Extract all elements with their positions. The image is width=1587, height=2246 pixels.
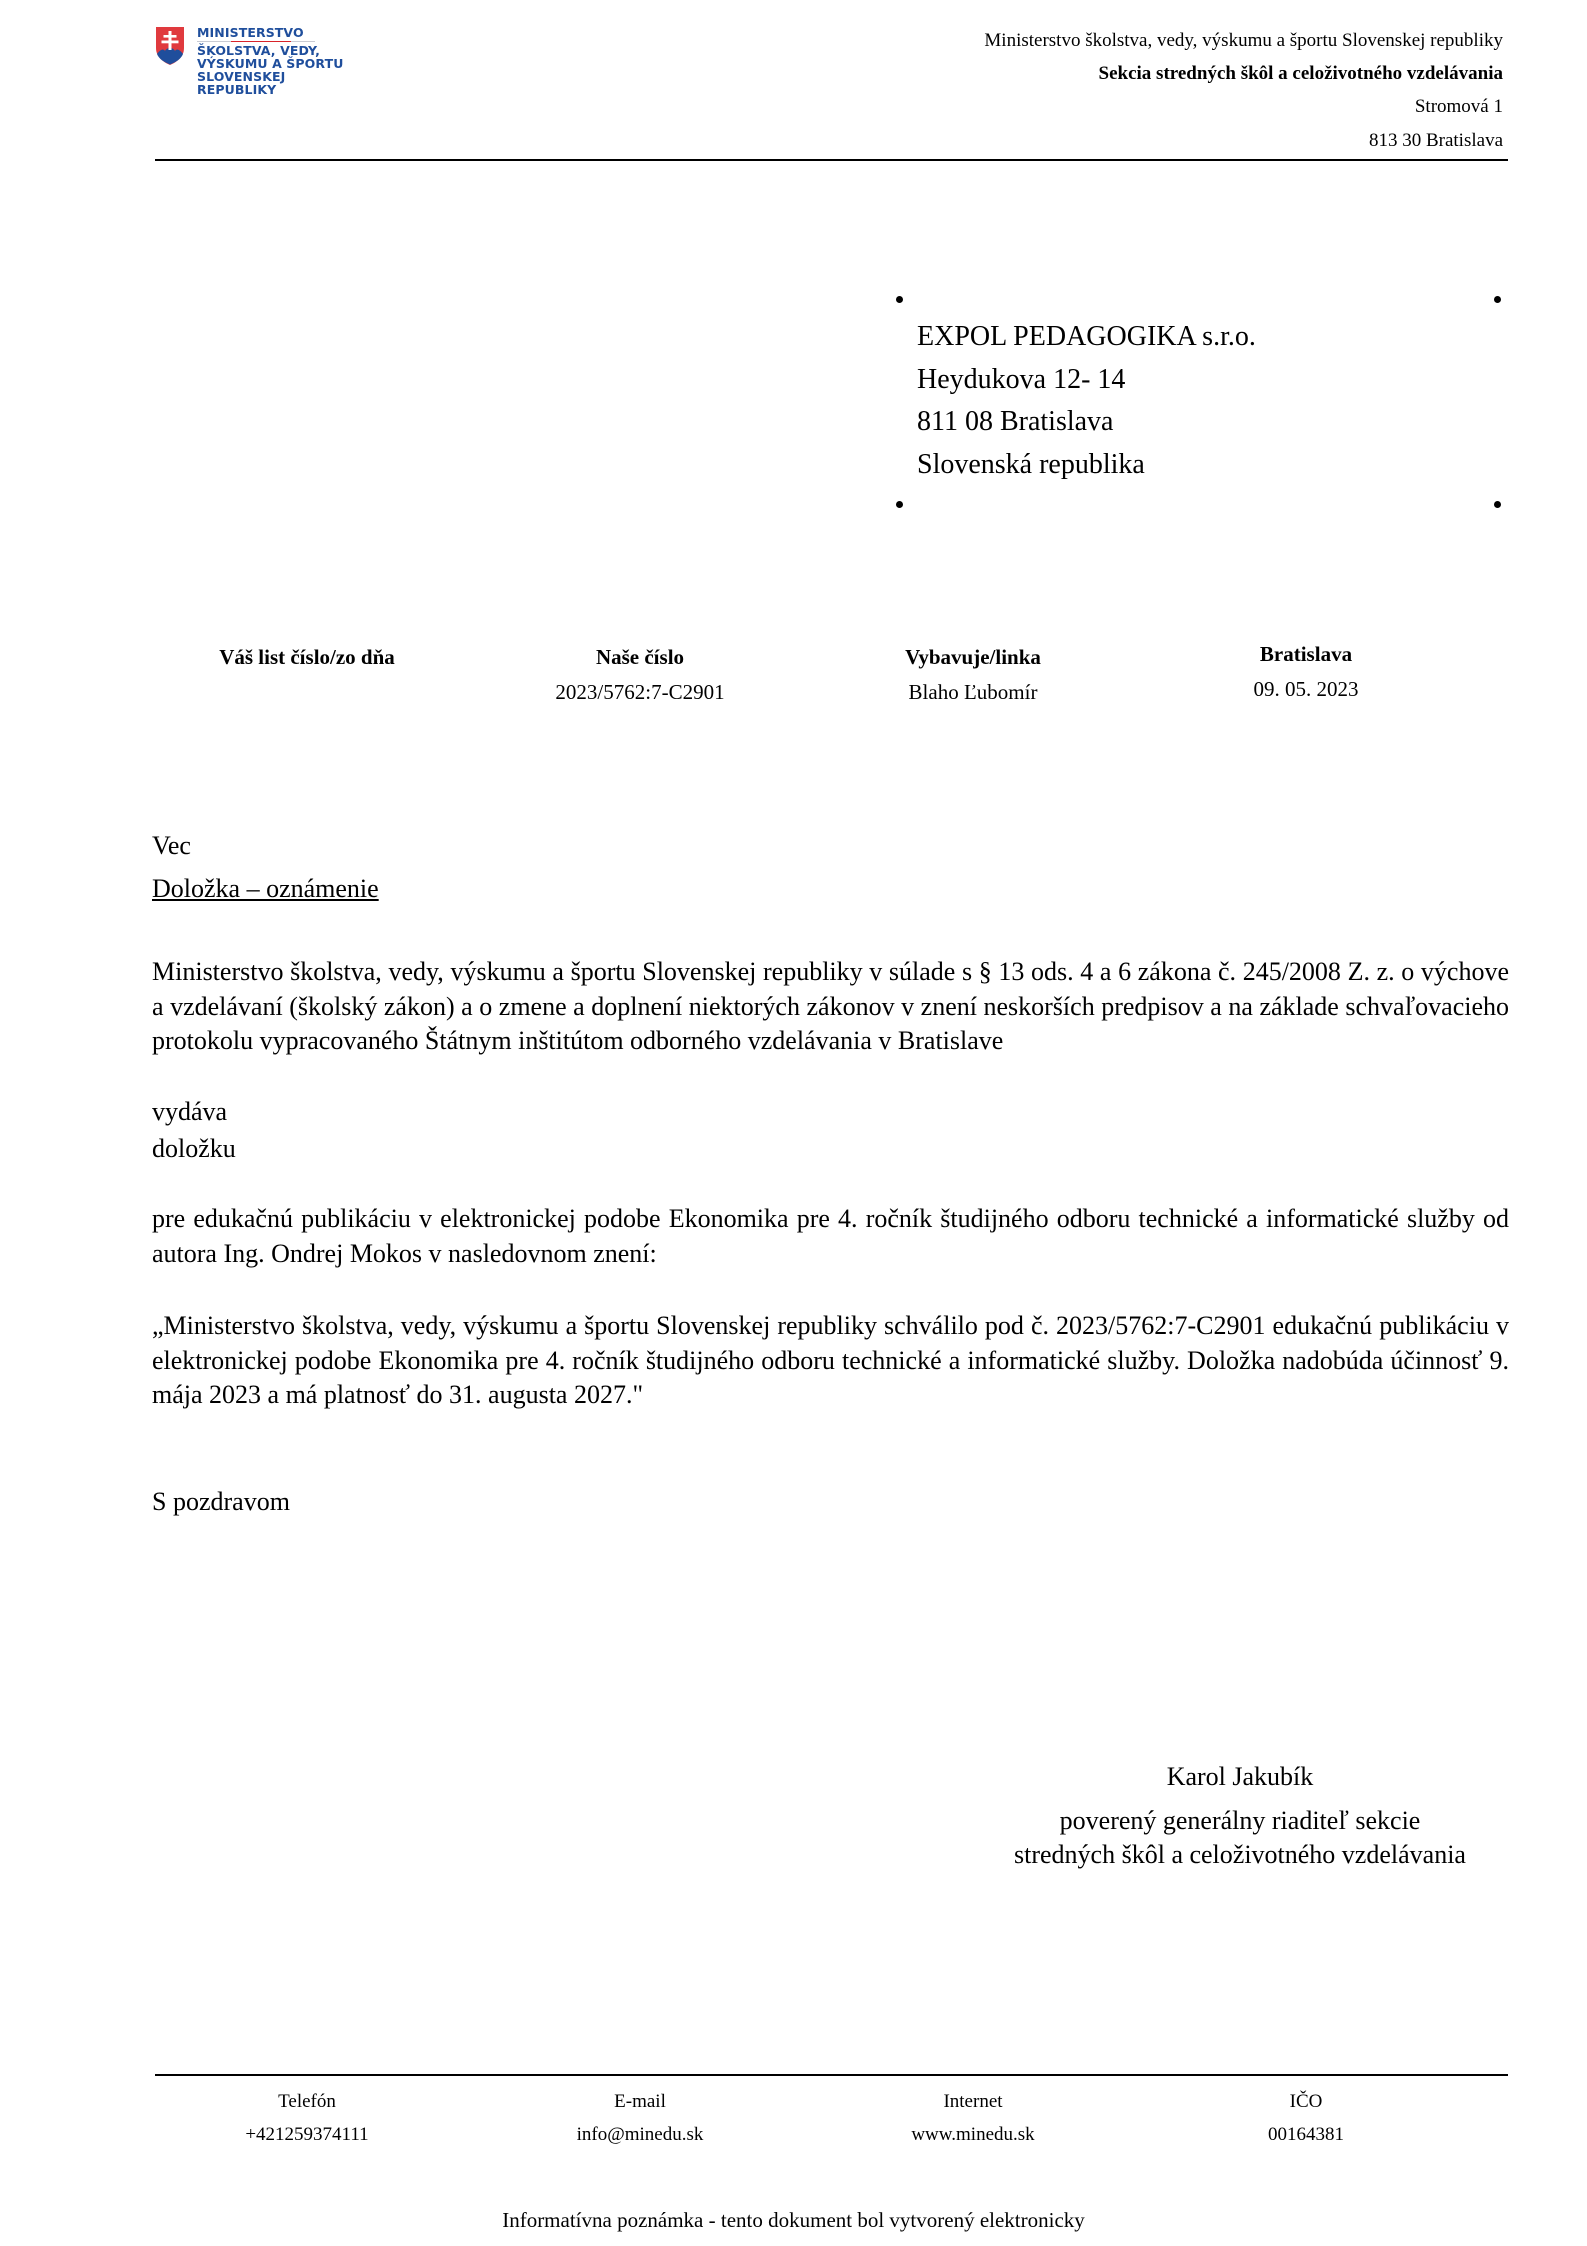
clause-text: doložku [152,1132,1509,1167]
address-corner-mark [896,501,903,508]
ref-place-date: Bratislava 09. 05. 2023 [1146,642,1466,701]
header-ministry: Ministerstvo školstva, vedy, výskumu a š… [984,30,1503,52]
ref-value: 09. 05. 2023 [1146,677,1466,701]
footer-label: IČO [1146,2091,1466,2113]
paragraph-publication: pre edukačnú publikáciu v elektronickej … [152,1202,1509,1271]
footer-value: 00164381 [1146,2124,1466,2146]
paragraph-legal-basis: Ministerstvo školstva, vedy, výskumu a š… [152,955,1509,1059]
logo-line: MINISTERSTVO [197,26,315,42]
footer-website: Internet www.minedu.sk [813,2091,1133,2146]
footer-ico: IČO 00164381 [1146,2091,1466,2146]
ref-your-letter: Váš list číslo/zo dňa [147,645,467,680]
recipient-city: 811 08 Bratislava [917,407,1113,437]
footer-value[interactable]: info@minedu.sk [480,2124,800,2146]
recipient-name: EXPOL PEDAGOGIKA s.r.o. [917,322,1256,352]
signatory-title-1: poverený generálny riaditeľ sekcie [980,1806,1500,1836]
footer-value[interactable]: www.minedu.sk [813,2124,1133,2146]
footer-label: E-mail [480,2091,800,2113]
footer-email: E-mail info@minedu.sk [480,2091,800,2146]
ministry-logo: MINISTERSTVO ŠKOLSTVA, VEDY, VÝSKUMU A Š… [155,26,355,86]
logo-wordmark: MINISTERSTVO ŠKOLSTVA, VEDY, VÝSKUMU A Š… [197,26,355,96]
header-street: Stromová 1 [1415,96,1503,118]
signatory-title-2: stredných škôl a celoživotného vzdelávan… [980,1840,1500,1870]
header-city: 813 30 Bratislava [1369,130,1503,152]
address-corner-mark [1494,501,1501,508]
footer-value: +421259374111 [147,2124,467,2146]
subject-label: Vec [152,829,1509,864]
footer-label: Internet [813,2091,1133,2113]
address-corner-mark [1494,296,1501,303]
ref-handler: Vybavuje/linka Blaho Ľubomír [813,645,1133,704]
ref-value: Blaho Ľubomír [813,680,1133,704]
ref-value: 2023/5762:7-C2901 [480,680,800,704]
address-corner-mark [896,296,903,303]
clause-quote: „Ministerstvo školstva, vedy, výskumu a … [152,1309,1509,1413]
slovak-coat-of-arms-icon [155,26,185,66]
signatory-name: Karol Jakubík [980,1762,1500,1792]
footer-phone: Telefón +421259374111 [147,2091,467,2146]
issues-text: vydáva [152,1095,1509,1130]
footer-label: Telefón [147,2091,467,2113]
header-section: Sekcia stredných škôl a celoživotného vz… [1099,63,1503,85]
ref-label: Bratislava [1146,642,1466,666]
closing-greeting: S pozdravom [152,1485,1509,1520]
electronic-document-note: Informatívna poznámka - tento dokument b… [0,2208,1587,2233]
ref-label: Naše číslo [480,645,800,669]
ref-label: Vybavuje/linka [813,645,1133,669]
ref-our-number: Naše číslo 2023/5762:7-C2901 [480,645,800,704]
footer-divider [155,2074,1508,2076]
recipient-street: Heydukova 12- 14 [917,365,1125,395]
header-divider [155,159,1508,161]
subject-title: Doložka – oznámenie [152,874,379,903]
recipient-country: Slovenská republika [917,450,1145,480]
logo-line: SLOVENSKEJ REPUBLIKY [197,70,355,96]
ref-label: Váš list číslo/zo dňa [147,645,467,669]
